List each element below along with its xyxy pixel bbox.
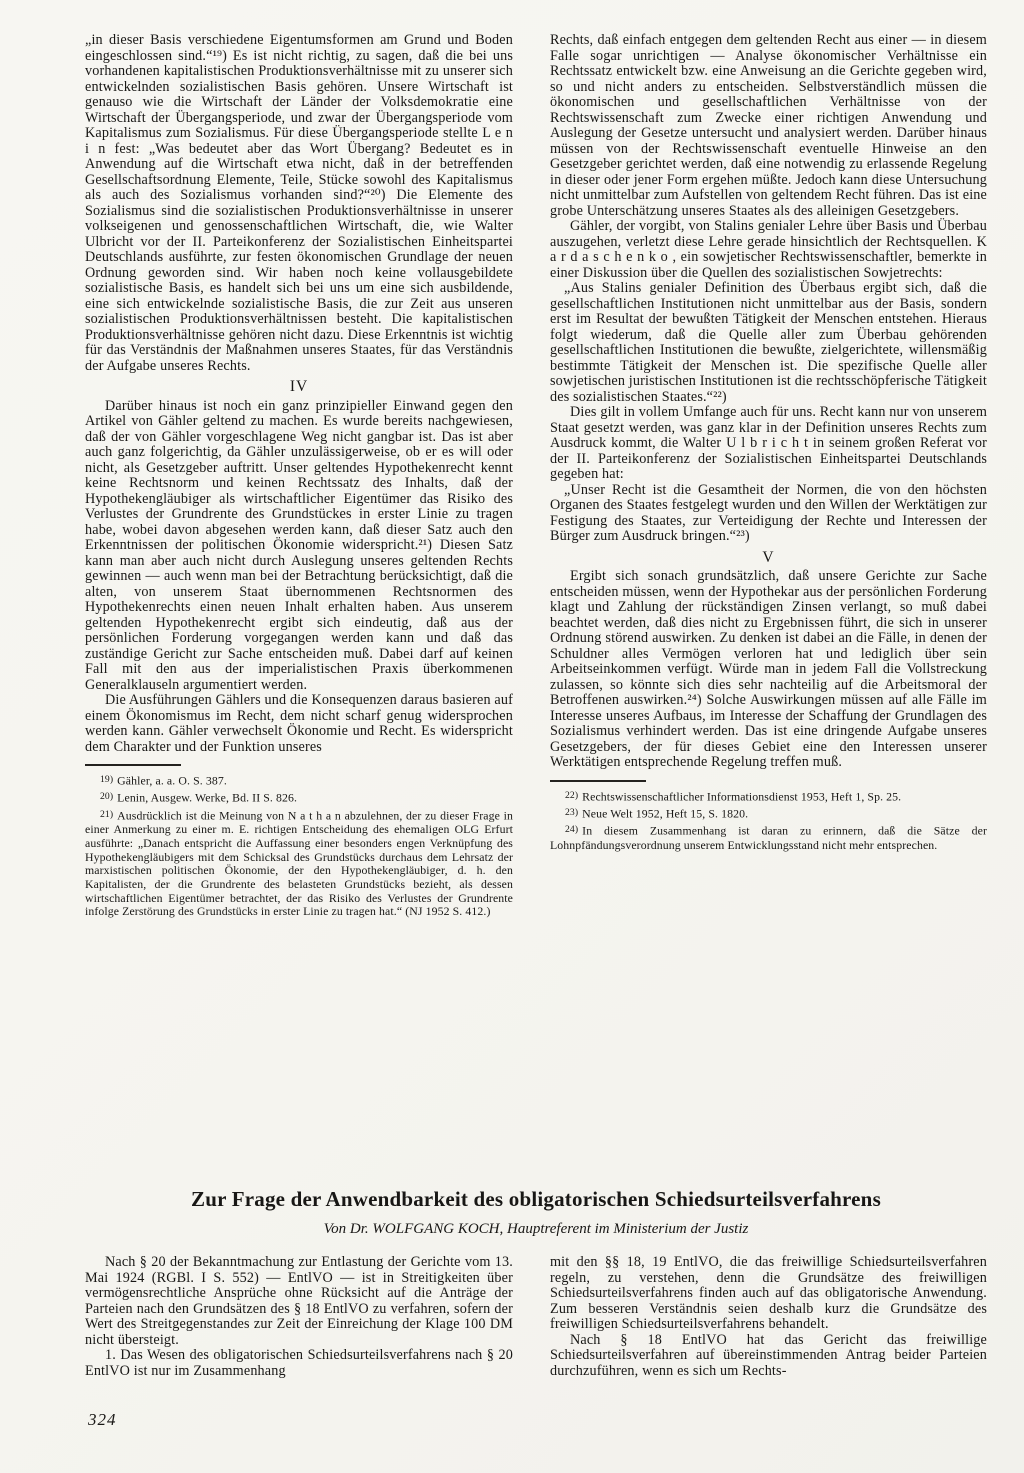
footnote-text: Ausdrücklich ist die Meinung von N a t h… <box>85 809 513 919</box>
article2-byline: Von Dr. WOLFGANG KOCH, Hauptreferent im … <box>85 1221 987 1238</box>
paragraph: Nach § 18 EntlVO hat das Gericht das fre… <box>550 1333 987 1380</box>
paragraph: Dies gilt in vollem Umfange auch für uns… <box>550 405 987 483</box>
article2-title: Zur Frage der Anwendbarkeit des obligato… <box>85 1187 987 1212</box>
paragraph: Ergibt sich sonach grundsätzlich, daß un… <box>550 569 987 771</box>
footnote-text: Rechtswissenschaftlicher Informationsdie… <box>582 789 901 803</box>
footnote-22: 22)Rechtswissenschaftlicher Informations… <box>550 789 987 804</box>
paragraph: Darüber hinaus ist noch ein ganz prinzip… <box>85 399 513 694</box>
footnote-text: Lenin, Ausgew. Werke, Bd. II S. 826. <box>117 791 297 805</box>
paragraph: 1. Das Wesen des obligatorischen Schieds… <box>85 1348 513 1379</box>
paragraph: Nach § 20 der Bekanntmachung zur Entlast… <box>85 1255 513 1348</box>
footnote-23: 23)Neue Welt 1952, Heft 15, S. 1820. <box>550 806 987 821</box>
article2-left-column: Nach § 20 der Bekanntmachung zur Entlast… <box>85 1255 513 1379</box>
article2: Zur Frage der Anwendbarkeit des obligato… <box>85 1187 987 1255</box>
footnote-24: 24)In diesem Zusammenhang ist daran zu e… <box>550 823 987 852</box>
footnote-marker: 19) <box>100 774 113 785</box>
footnote-19: 19)Gähler, a. a. O. S. 387. <box>85 773 513 788</box>
footnote-marker: 22) <box>565 790 578 801</box>
article1-right-column: Rechts, daß einfach entgegen dem geltend… <box>550 33 987 854</box>
paragraph-continuation: „in dieser Basis verschiedene Eigentumsf… <box>85 33 513 374</box>
footnote-separator <box>85 764 181 766</box>
section-heading-iv: IV <box>85 379 513 395</box>
paragraph: Gähler, der vorgibt, von Stalins geniale… <box>550 219 987 281</box>
paragraph-continuation: Rechts, daß einfach entgegen dem geltend… <box>550 33 987 219</box>
footnote-20: 20)Lenin, Ausgew. Werke, Bd. II S. 826. <box>85 790 513 805</box>
paragraph: Die Ausführungen Gählers und die Konsequ… <box>85 693 513 755</box>
footnote-text: In diesem Zusammenhang ist daran zu erin… <box>550 824 987 852</box>
block-quote: „Unser Recht ist die Gesamtheit der Norm… <box>550 483 987 545</box>
footnote-text: Neue Welt 1952, Heft 15, S. 1820. <box>582 807 748 821</box>
footnote-text: Gähler, a. a. O. S. 387. <box>117 774 227 788</box>
scanned-journal-page: { "colors": { "paper": "#f6f5f0", "ink":… <box>0 0 1024 1473</box>
block-quote: „Aus Stalins genialer Definition des Übe… <box>550 281 987 405</box>
footnote-marker: 23) <box>565 807 578 818</box>
footnote-21: 21)Ausdrücklich ist die Meinung von N a … <box>85 808 513 919</box>
footnote-marker: 21) <box>100 809 113 820</box>
section-heading-v: V <box>550 550 987 566</box>
footnote-separator <box>550 780 646 782</box>
footnote-marker: 24) <box>565 824 578 835</box>
article2-right-column: mit den §§ 18, 19 EntlVO, die das freiwi… <box>550 1255 987 1379</box>
paragraph-continuation: mit den §§ 18, 19 EntlVO, die das freiwi… <box>550 1255 987 1333</box>
footnote-marker: 20) <box>100 791 113 802</box>
article1-left-column: „in dieser Basis verschiedene Eigentumsf… <box>85 33 513 921</box>
page-number: 324 <box>88 1410 117 1430</box>
